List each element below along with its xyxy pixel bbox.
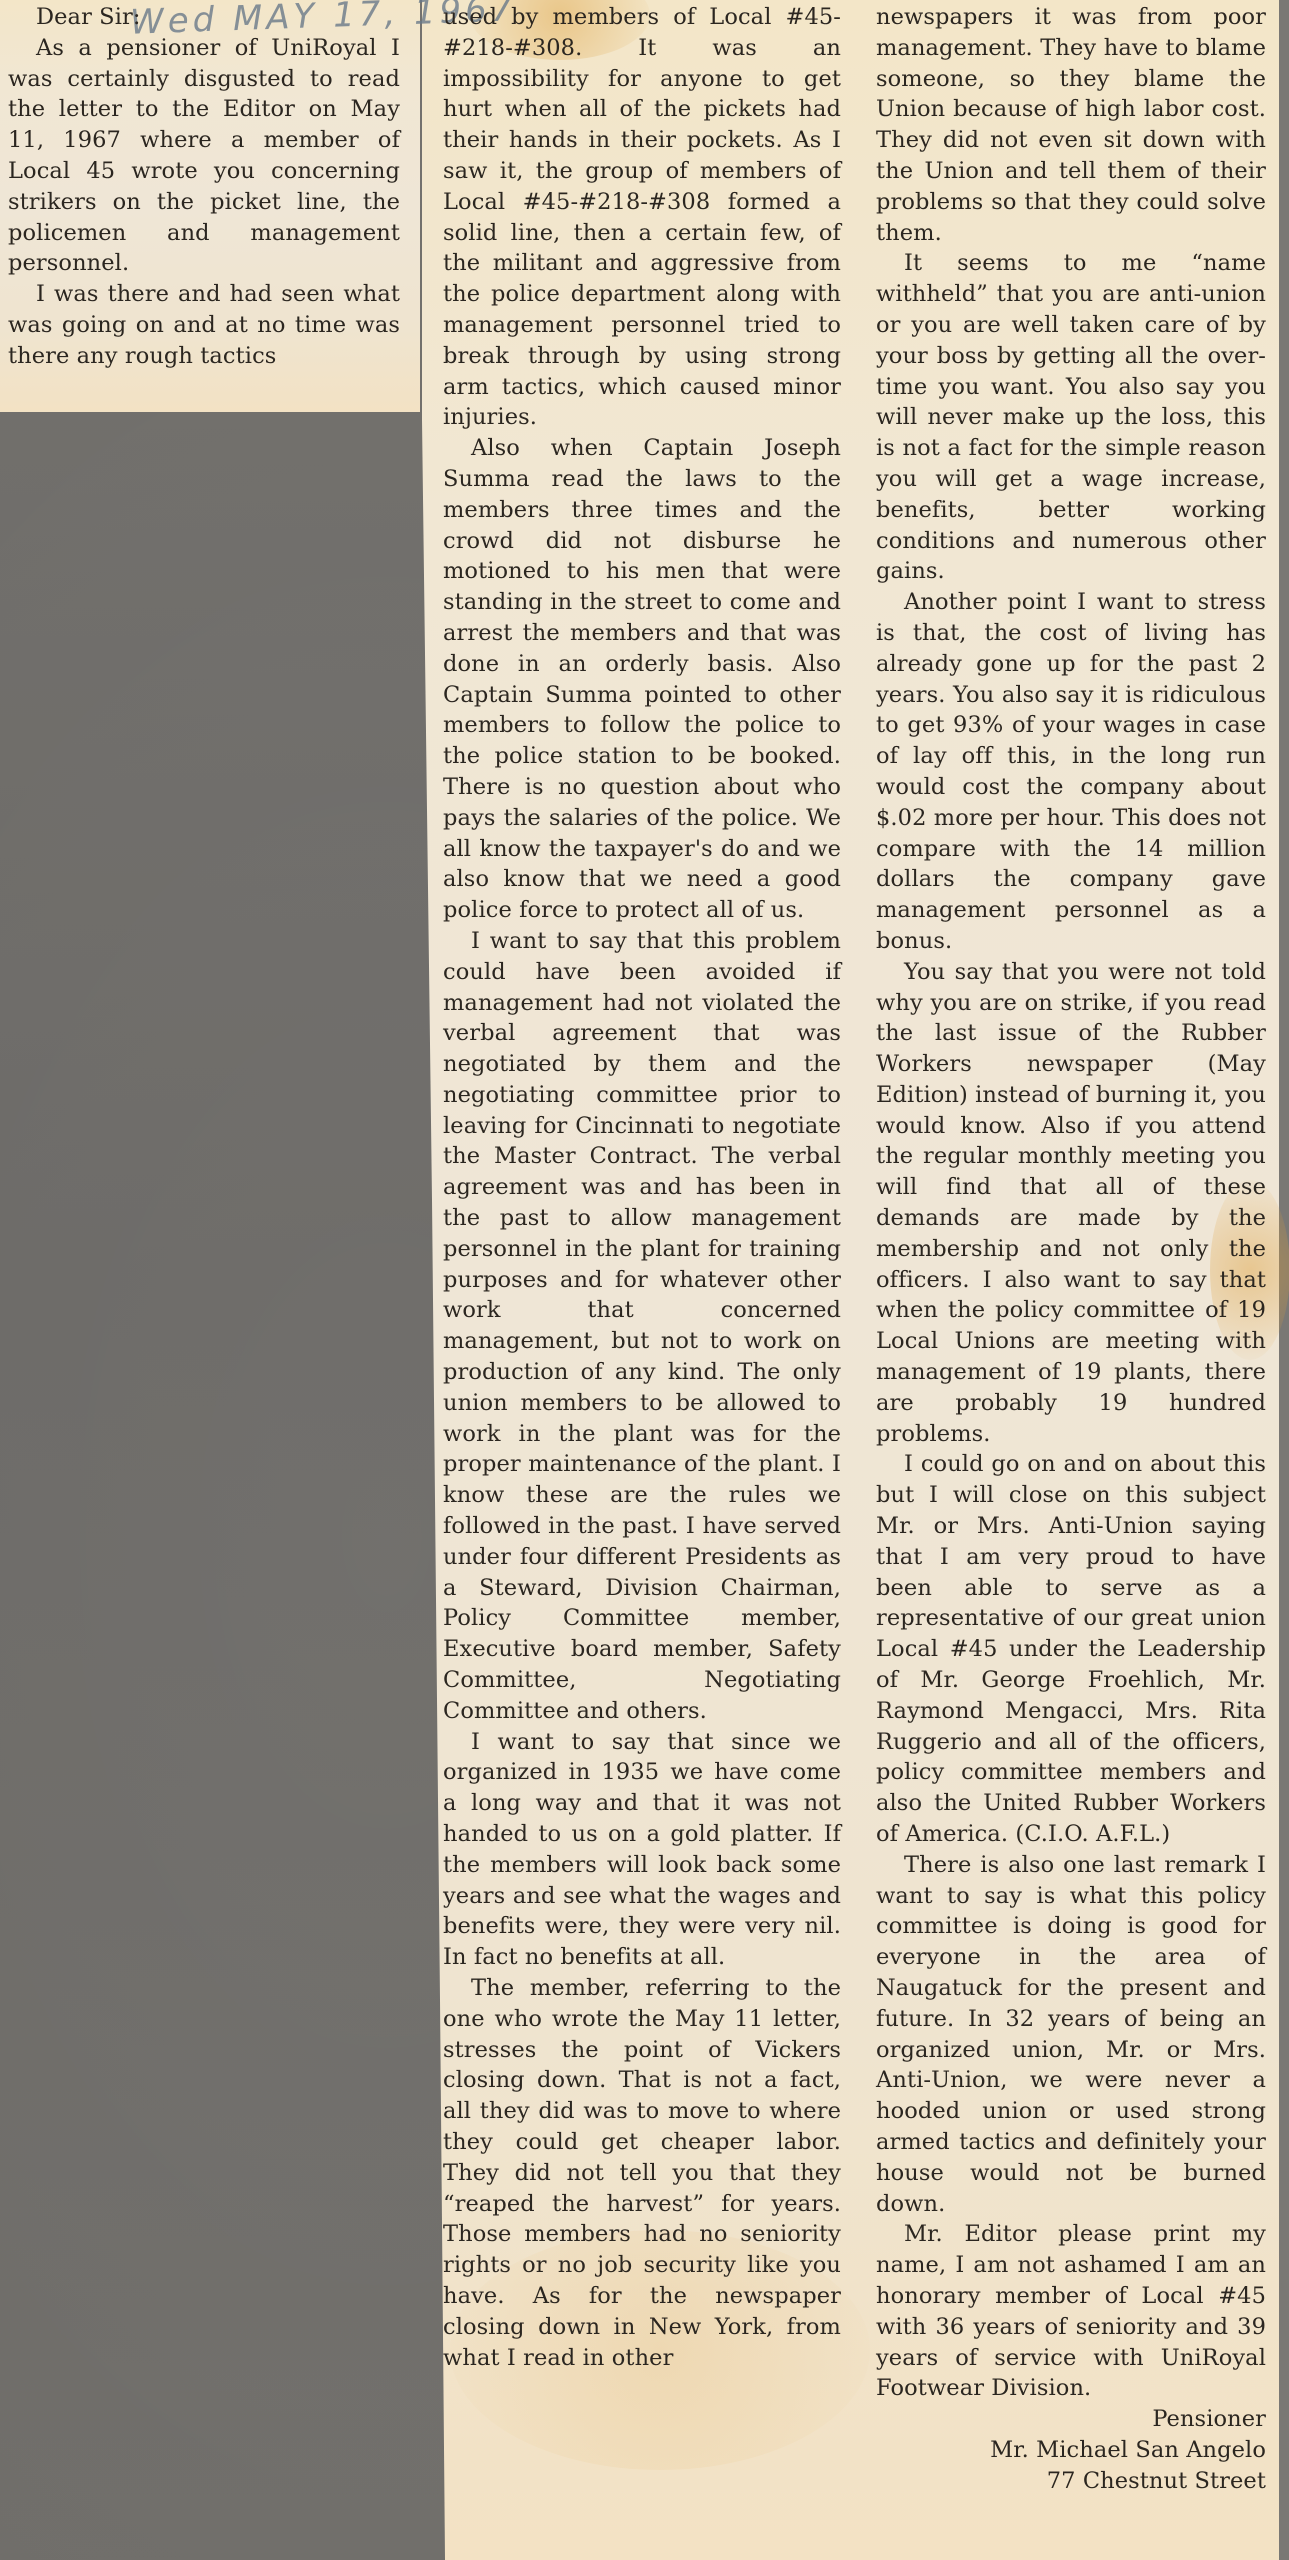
signature-title: Pensioner (876, 2404, 1266, 2435)
paragraph: I was there and had seen what was going … (8, 279, 400, 371)
salutation: Dear Sir: (8, 2, 400, 33)
paragraph: newspapers it was from poor management. … (876, 2, 1266, 248)
paragraph: used by members of Local #45-#218-#308. … (443, 2, 841, 433)
signature-name: Mr. Michael San Angelo (876, 2435, 1266, 2466)
paragraph: Mr. Editor please print my name, I am no… (876, 2219, 1266, 2404)
paragraph: It seems to me “name withheld” that you … (876, 248, 1266, 587)
paragraph: As a pensioner of UniRoyal I was certain… (8, 33, 400, 279)
paragraph: Also when Captain Joseph Summa read the … (443, 433, 841, 926)
paragraph: I could go on and on about this but I wi… (876, 1449, 1266, 1849)
column-3: newspapers it was from poor management. … (876, 2, 1266, 2497)
column-1: Dear Sir: As a pensioner of UniRoyal I w… (8, 2, 400, 372)
signature-address: 77 Chestnut Street (876, 2466, 1266, 2497)
paragraph: I want to say that since we organized in… (443, 1727, 841, 1973)
paragraph: There is also one last remark I want to … (876, 1850, 1266, 2220)
paragraph: You say that you were not told why you a… (876, 957, 1266, 1450)
column-2: used by members of Local #45-#218-#308. … (443, 2, 841, 2373)
paragraph: Another point I want to stress is that, … (876, 587, 1266, 957)
paragraph: I want to say that this problem could ha… (443, 926, 841, 1727)
paragraph: The member, referring to the one who wro… (443, 1973, 841, 2373)
